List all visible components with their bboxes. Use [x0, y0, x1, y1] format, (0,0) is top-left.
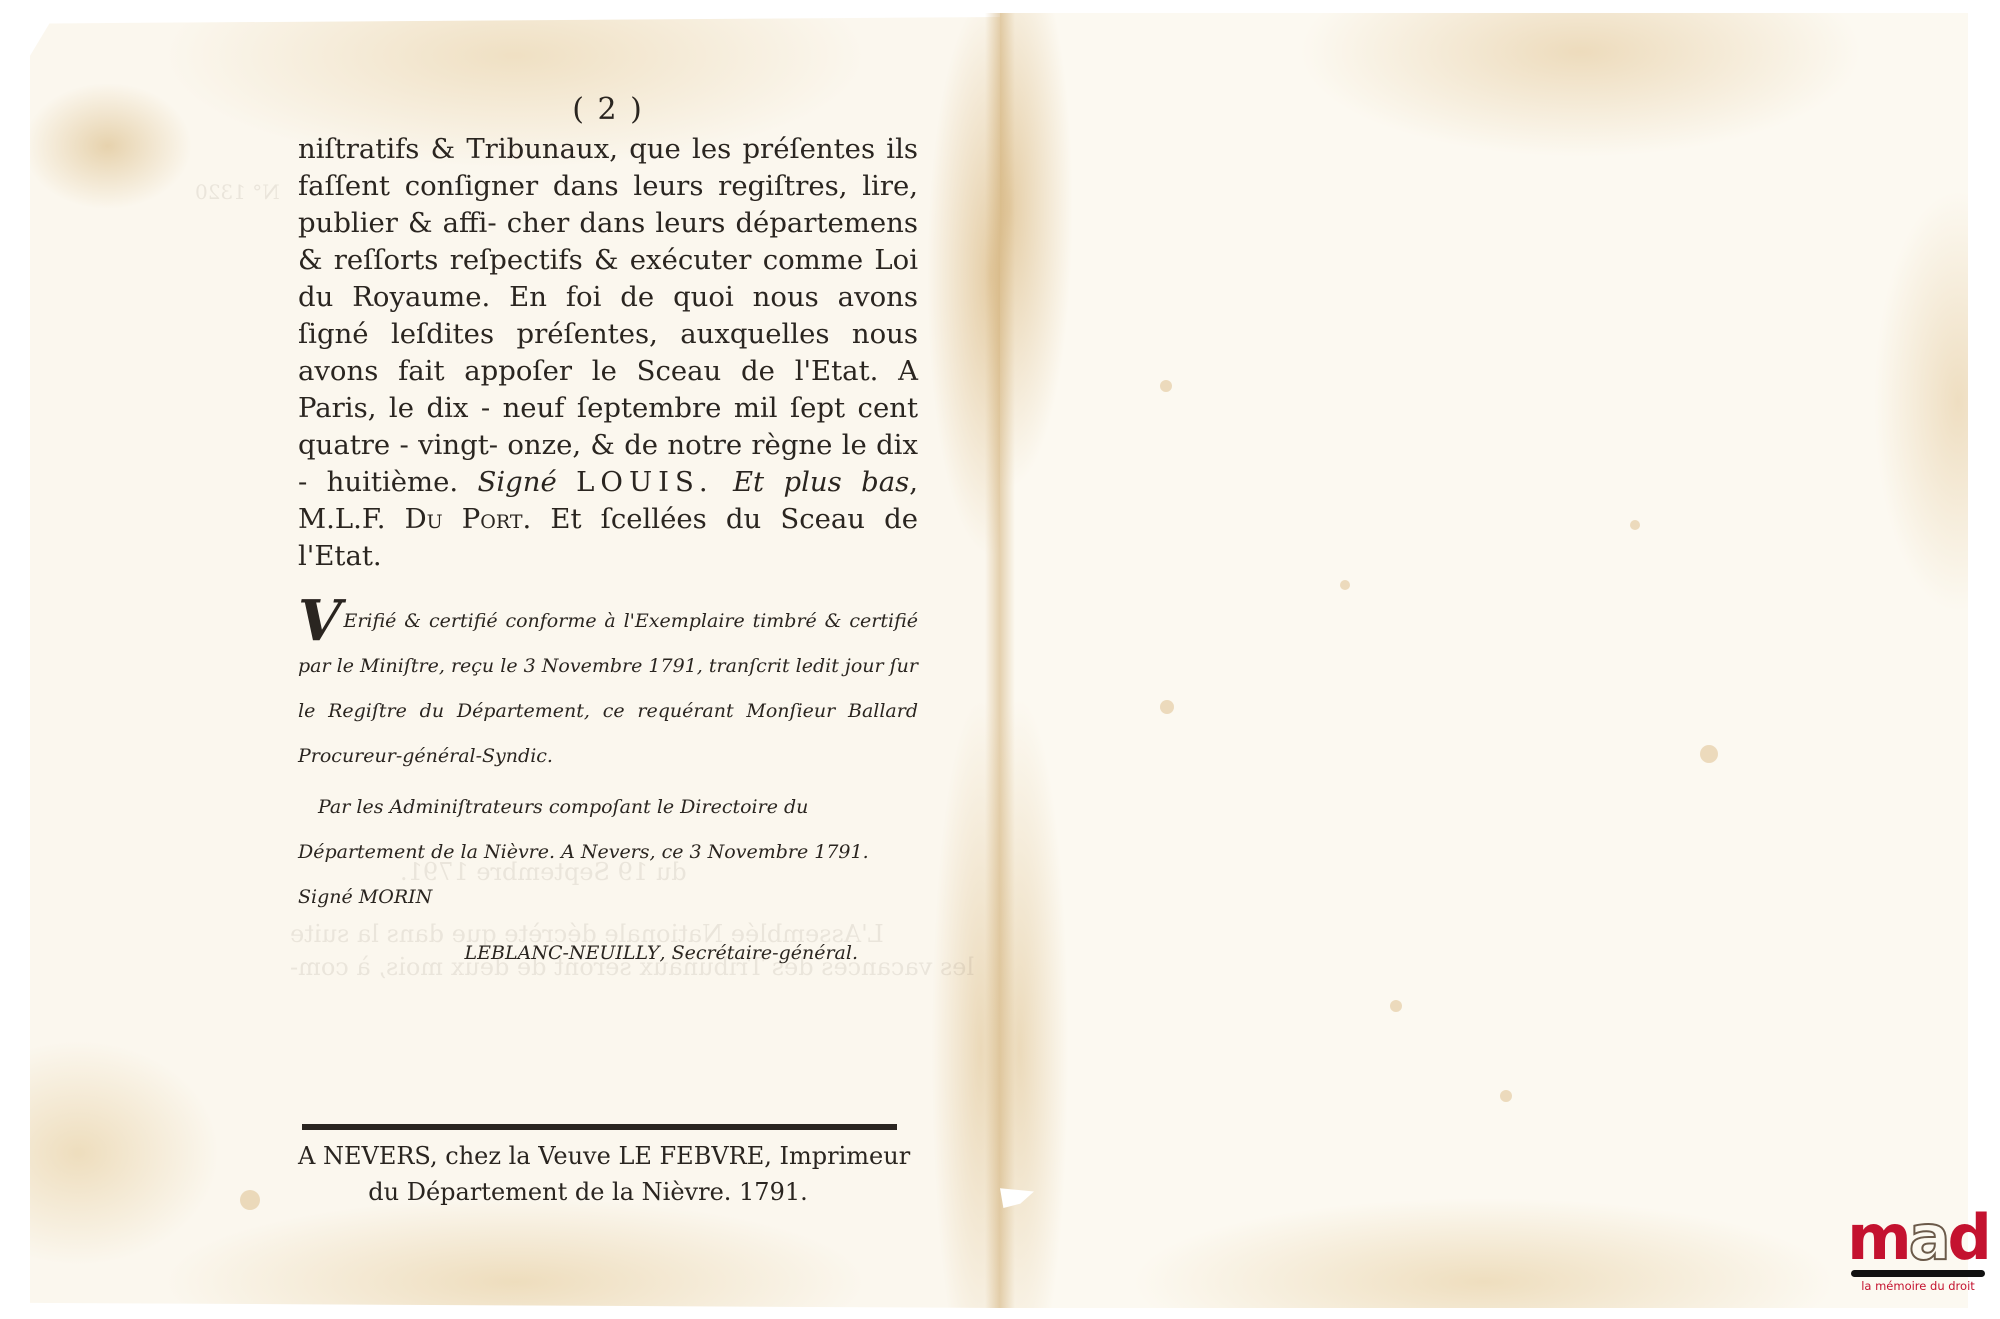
- minister-signature: M.L.F. Du Port.: [298, 503, 531, 535]
- page-number: ( 2 ): [298, 92, 918, 127]
- logo-letter-a: a: [1909, 1201, 1948, 1274]
- certification-text: Erifié & certifié conforme à l'Exemplair…: [298, 610, 918, 767]
- left-page-text: ( 2 ) niſtratifs & Tribunaux, que les pr…: [298, 92, 918, 1210]
- imprint-line-2: du Département de la Nièvre. 1791.: [298, 1174, 918, 1210]
- foxing-spot: [1160, 380, 1172, 392]
- printer-imprint: A NEVERS, chez la Veuve LE FEBVRE, Impri…: [298, 1138, 918, 1210]
- mdd-logo: mad la mémoire du droit: [1843, 1210, 1993, 1293]
- signe-label: Signé: [478, 466, 557, 498]
- signe-label: Signé: [298, 886, 353, 908]
- logo-tagline: la mémoire du droit: [1843, 1279, 1993, 1293]
- page-gutter: [985, 13, 1015, 1308]
- foxing-spot: [1340, 580, 1350, 590]
- bleed-through-text: N° 1320: [195, 180, 280, 204]
- morin-signature: MORIN: [359, 886, 432, 908]
- logo-letter-m: m: [1847, 1201, 1909, 1274]
- foxing-spot: [1390, 1000, 1402, 1012]
- logo-mark: mad: [1843, 1210, 1993, 1266]
- printer-name: LE FEBVRE: [618, 1142, 764, 1170]
- secretary-signature: LEBLANC-NEUILLY, Secrétaire-général.: [298, 942, 918, 964]
- secretary-name: LEBLANC-NEUILLY: [465, 942, 660, 964]
- right-page-blank: [1000, 13, 1968, 1308]
- administrators-block: Par les Adminiſtrateurs compoſant le Dir…: [298, 785, 918, 920]
- administrators-text: Par les Adminiſtrateurs compoſant le Dir…: [298, 796, 869, 863]
- foxing-spot: [1700, 745, 1718, 763]
- foxing-spot: [240, 1190, 260, 1210]
- secretary-title: , Secrétaire-général.: [659, 942, 858, 964]
- foxing-spot: [1630, 520, 1640, 530]
- certification-block: V Erifié & certifié conforme à l'Exempla…: [298, 599, 918, 779]
- logo-letter-d: d: [1948, 1201, 1989, 1274]
- drop-cap: V: [298, 601, 341, 641]
- et-plus-bas: Et plus bas: [733, 466, 909, 498]
- foxing-spot: [1500, 1090, 1512, 1102]
- imprint-suffix: , Imprimeur: [764, 1142, 910, 1170]
- horizontal-rule: [302, 1124, 897, 1130]
- imprint-prefix: A NEVERS, chez la Veuve: [298, 1142, 611, 1170]
- king-signature: LOUIS.: [576, 466, 713, 498]
- foxing-spot: [1160, 700, 1174, 714]
- decree-body: niſtratifs & Tribunaux, que les préſente…: [298, 131, 918, 575]
